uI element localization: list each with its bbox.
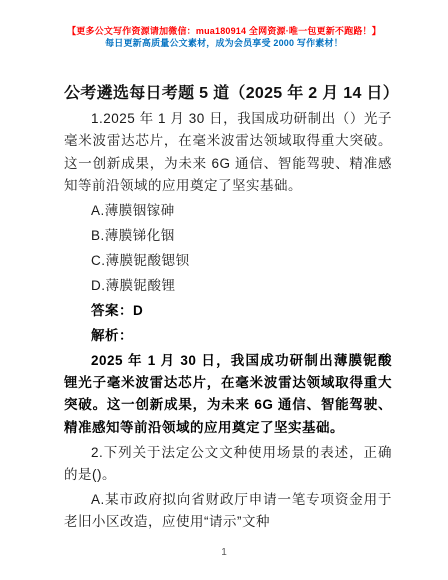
q1-option-a: A.薄膜铟镓砷 bbox=[64, 200, 392, 222]
question-2-text: 2.下列关于法定公文文种使用场景的表述，正确的是()。 bbox=[64, 442, 392, 487]
q2-option-a: A.某市政府拟向省财政厅申请一笔专项资金用于老旧小区改造，应使用“请示”文种 bbox=[64, 489, 392, 534]
question-1-text: 1.2025 年 1 月 30 日，我国成功研制出（）光子毫米波雷达芯片，在毫米… bbox=[64, 108, 392, 198]
page-number: 1 bbox=[0, 547, 448, 558]
promo-line-blue: 每日更新高质量公文素材，成为会员享受 2000 写作素材！ bbox=[0, 37, 448, 49]
q1-answer: 答案：D bbox=[64, 300, 392, 322]
q1-option-d: D.薄膜铌酸锂 bbox=[64, 275, 392, 297]
q1-analysis-label: 解析： bbox=[64, 325, 392, 347]
q1-option-c: C.薄膜铌酸锶钡 bbox=[64, 250, 392, 272]
q1-analysis-text: 2025 年 1 月 30 日，我国成功研制出薄膜铌酸锂光子毫米波雷达芯片，在毫… bbox=[64, 350, 392, 440]
q1-option-b: B.薄膜锑化铟 bbox=[64, 225, 392, 247]
document-page: 【更多公文写作资源请加微信：mua180914 全网资源·唯一包更新不跑路！】 … bbox=[0, 0, 448, 580]
document-body: 公考遴选每日考题 5 道（2025 年 2 月 14 日） 1.2025 年 1… bbox=[0, 83, 448, 534]
page-title: 公考遴选每日考题 5 道（2025 年 2 月 14 日） bbox=[64, 83, 392, 104]
promo-line-red: 【更多公文写作资源请加微信：mua180914 全网资源·唯一包更新不跑路！】 bbox=[0, 25, 448, 37]
promo-header: 【更多公文写作资源请加微信：mua180914 全网资源·唯一包更新不跑路！】 … bbox=[0, 0, 448, 49]
